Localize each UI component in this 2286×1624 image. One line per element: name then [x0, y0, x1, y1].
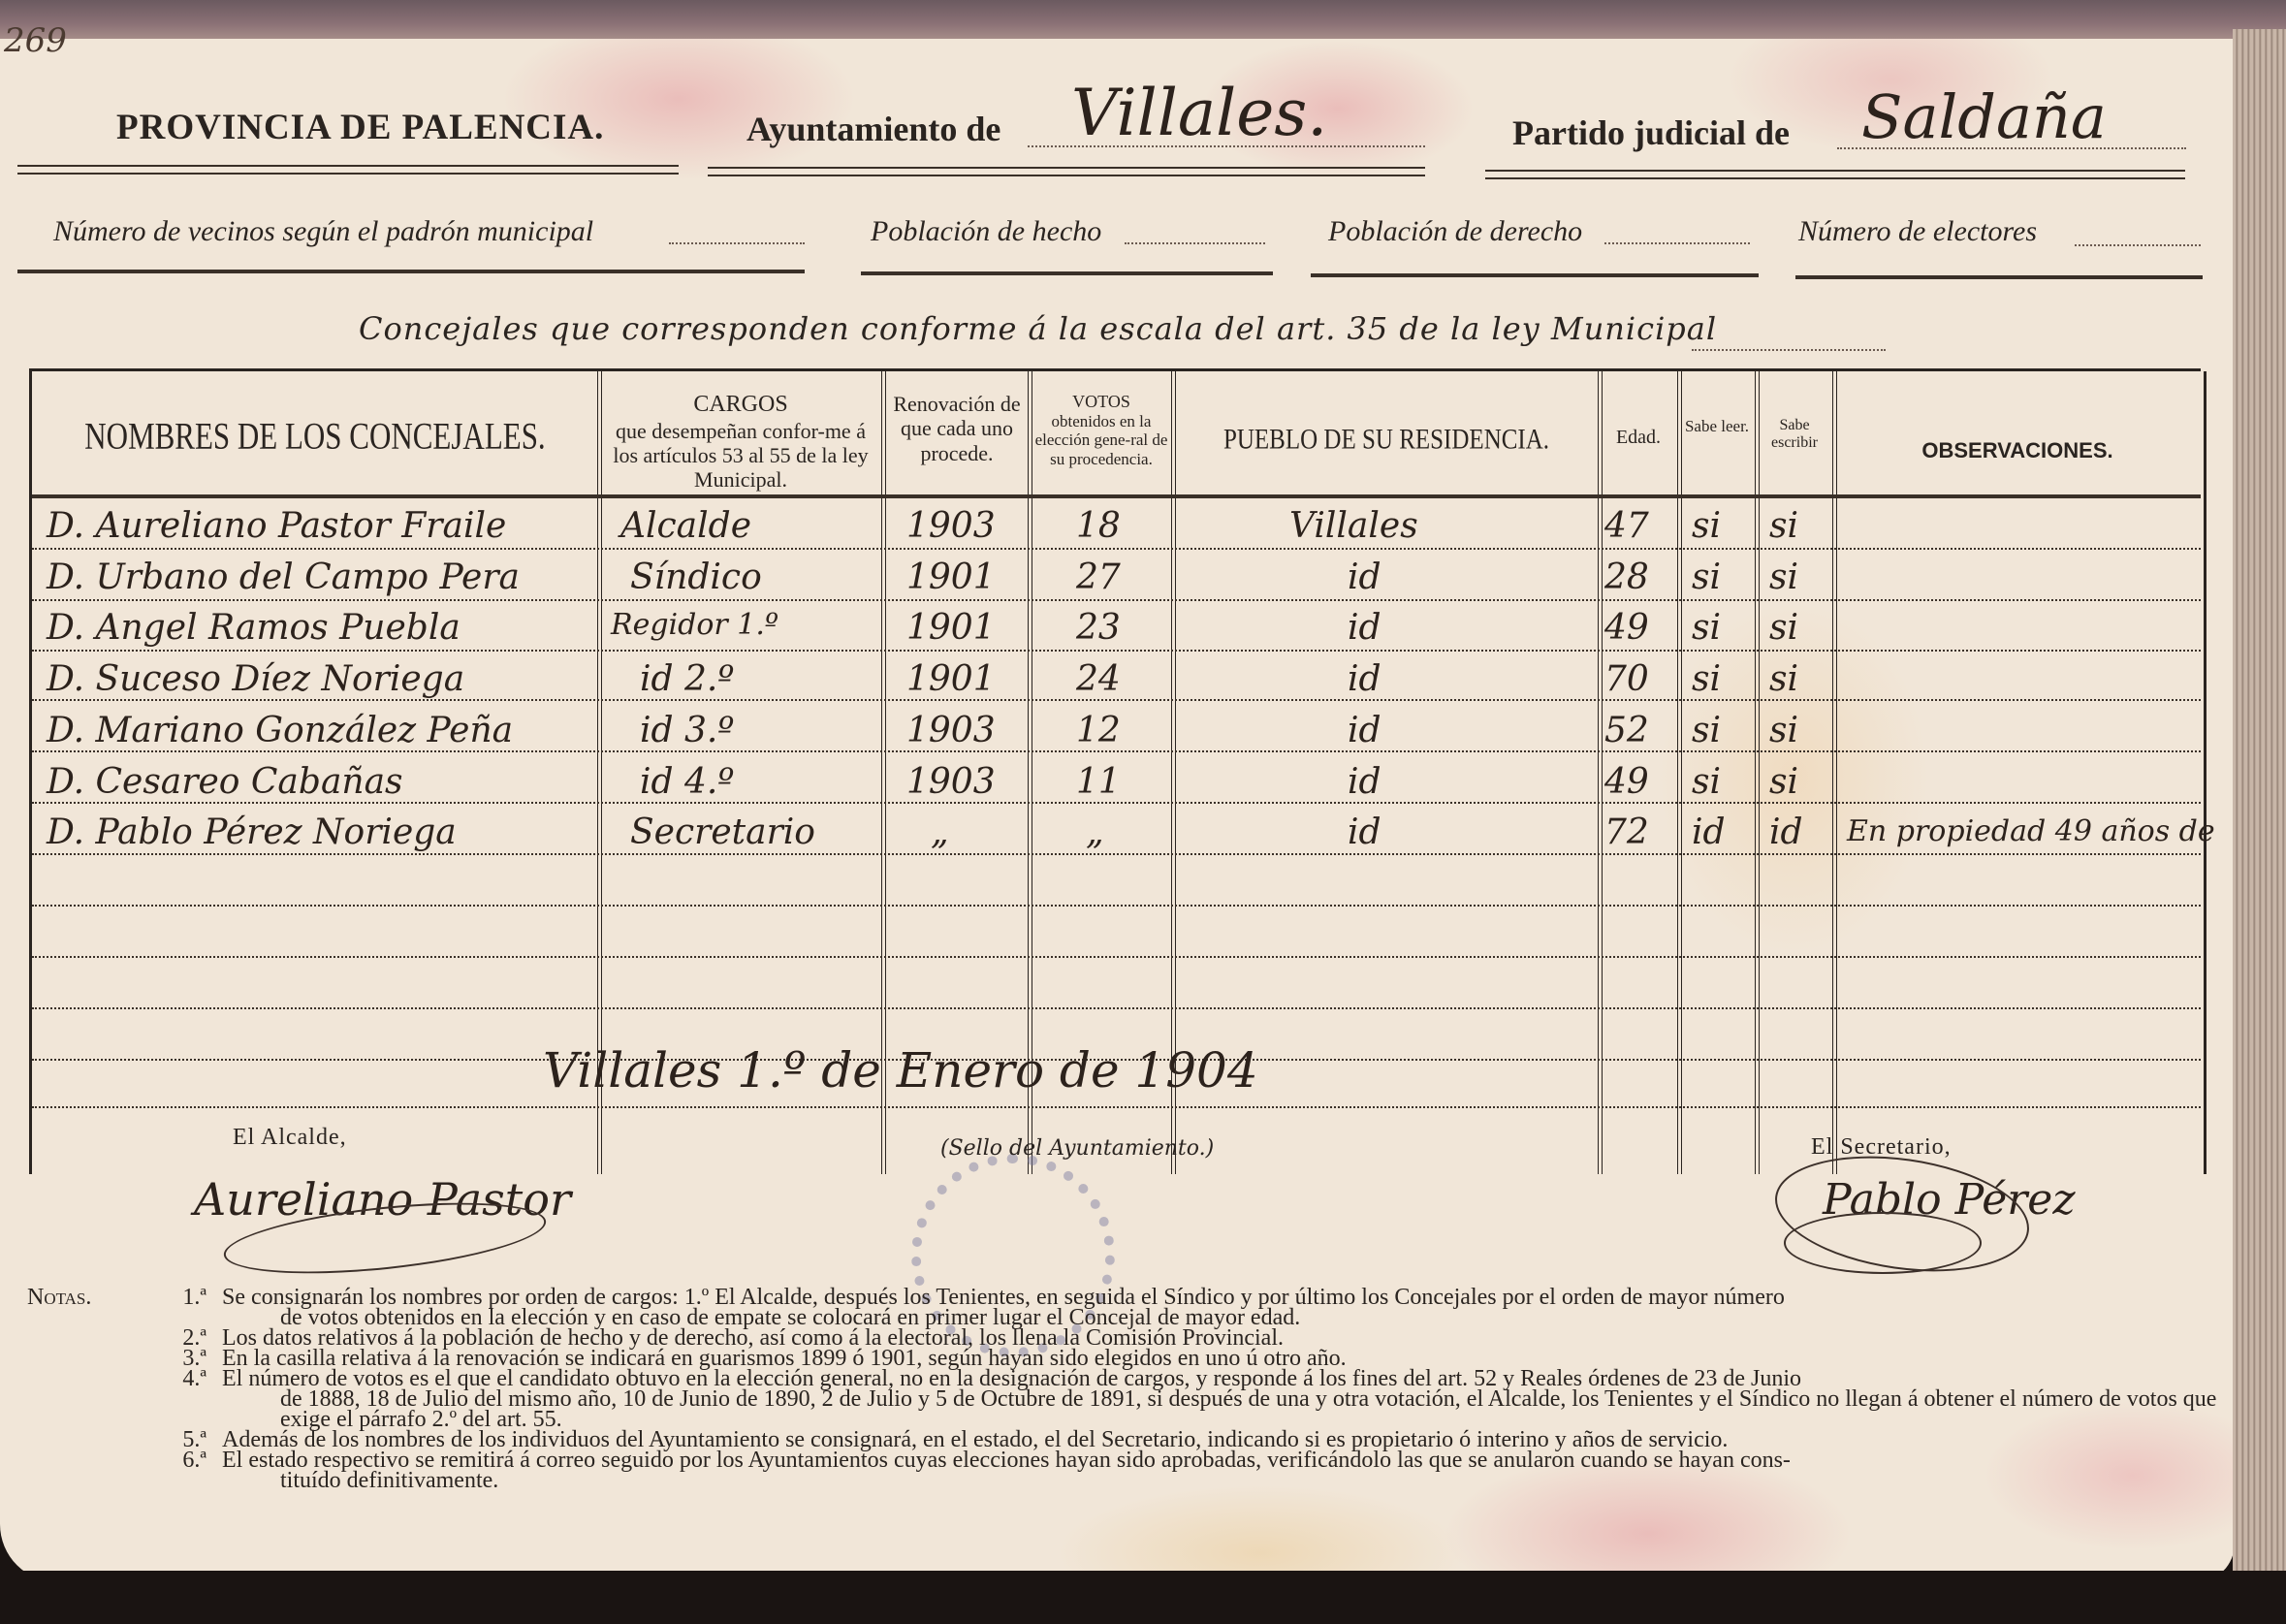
fields-rule-1: [17, 270, 805, 273]
cell-votos: „: [1086, 812, 1104, 852]
cell-cargo: id 4.º: [640, 762, 734, 802]
secretario-flourish: [1784, 1212, 1982, 1274]
header-rule-right: [1485, 170, 2185, 179]
cell-leer: si: [1692, 506, 1721, 546]
scan-background: [0, 1571, 2286, 1624]
ayuntamiento-label: Ayuntamiento de: [746, 109, 1000, 149]
cell-escribir: id: [1769, 812, 1803, 852]
note-number: 3.ª: [139, 1349, 222, 1369]
note-continuation: de 1888, 18 de Julio del mismo año, 10 d…: [222, 1389, 2218, 1430]
header-pueblo: PUEBLO DE SU RESIDENCIA.: [1177, 424, 1596, 458]
cell-edad: 52: [1604, 711, 1649, 750]
fields-rule-4: [1795, 275, 2203, 279]
cell-edad: 28: [1604, 557, 1649, 597]
cell-edad: 72: [1604, 812, 1649, 852]
header-edad: Edad.: [1602, 427, 1675, 449]
cell-nombre: D. Angel Ramos Puebla: [47, 608, 460, 648]
cell-cargo: id 2.º: [640, 659, 734, 699]
partido-label: Partido judicial de: [1512, 112, 1790, 153]
header-cargos-title: CARGOS: [601, 392, 880, 419]
cell-renovacion: 1901: [906, 659, 996, 699]
cell-renovacion: 1903: [906, 711, 996, 750]
cell-escribir: si: [1769, 557, 1798, 597]
notes-section: Notas. 1.ª Se consignarán los nombres po…: [27, 1288, 2218, 1491]
row-rule: [32, 956, 2201, 958]
cell-escribir: si: [1769, 659, 1798, 699]
cell-pueblo: id: [1348, 659, 1381, 699]
derecho-field[interactable]: [1604, 242, 1750, 244]
note-number: 6.ª: [139, 1450, 222, 1491]
electores-label: Número de electores: [1798, 215, 2037, 248]
row-rule: [32, 1106, 2201, 1108]
cell-votos: 23: [1076, 608, 1121, 648]
cell-escribir: si: [1769, 711, 1798, 750]
row-rule: [32, 905, 2201, 907]
cell-pueblo: id: [1348, 812, 1381, 852]
header-votos-sub: obtenidos en la elección gene-ral de su …: [1033, 412, 1169, 469]
header-sabe-leer: Sabe leer.: [1681, 417, 1753, 436]
cell-leer: si: [1692, 711, 1721, 750]
cell-edad: 70: [1604, 659, 1649, 699]
note-number: 4.ª: [139, 1369, 222, 1430]
alcalde-label: El Alcalde,: [233, 1125, 347, 1151]
row-rule: [32, 599, 2201, 601]
ayuntamiento-value: Villales.: [1071, 76, 1327, 150]
note-4: 4.ª El número de votos es el que el cand…: [27, 1369, 2218, 1430]
cell-cargo: id 3.º: [640, 711, 734, 750]
page-edges: [2233, 29, 2286, 1600]
header-renovacion: Renovación de que cada uno procede.: [887, 392, 1027, 465]
col-divider: [1677, 371, 1682, 1174]
note-continuation: tituído definitivamente.: [222, 1471, 2218, 1491]
cell-votos: 24: [1076, 659, 1121, 699]
cell-cargo: Secretario: [630, 812, 815, 852]
cell-leer: si: [1692, 659, 1721, 699]
place-date: Villales 1.º de Enero de 1904: [543, 1042, 1258, 1099]
cell-renovacion: 1903: [906, 506, 996, 546]
hecho-field[interactable]: [1125, 242, 1265, 244]
book-binding: [0, 0, 2286, 39]
folio-number: 269: [4, 21, 67, 60]
header-separator: [32, 494, 2201, 498]
cell-observaciones: En propiedad 49 años de: [1847, 814, 2215, 848]
col-divider: [1755, 371, 1760, 1174]
cell-leer: si: [1692, 762, 1721, 802]
cell-renovacion: 1903: [906, 762, 996, 802]
cell-renovacion: 1901: [906, 608, 996, 648]
cell-escribir: si: [1769, 506, 1798, 546]
cell-pueblo: Villales: [1289, 506, 1418, 546]
cell-leer: si: [1692, 557, 1721, 597]
electores-field[interactable]: [2075, 244, 2201, 246]
col-divider: [1598, 371, 1603, 1174]
row-rule: [32, 548, 2201, 550]
cell-nombre: D. Urbano del Campo Pera: [47, 557, 520, 597]
row-rule: [32, 802, 2201, 804]
row-rule: [32, 699, 2201, 701]
cell-votos: 27: [1076, 557, 1121, 597]
cell-edad: 47: [1604, 506, 1649, 546]
cell-cargo: Síndico: [630, 557, 762, 597]
hecho-label: Población de hecho: [871, 215, 1101, 248]
cell-leer: id: [1692, 812, 1726, 852]
header-rule-mid: [708, 167, 1425, 176]
cell-edad: 49: [1604, 608, 1649, 648]
cell-nombre: D. Pablo Pérez Noriega: [47, 812, 457, 852]
col-divider: [1832, 371, 1837, 1174]
cell-escribir: si: [1769, 608, 1798, 648]
header-votos-title: VOTOS: [1033, 392, 1169, 412]
cell-renovacion: „: [931, 812, 949, 852]
row-rule: [32, 750, 2201, 752]
concejales-escala-line: Concejales que corresponden conforme á l…: [359, 310, 1717, 347]
fields-rule-2: [861, 271, 1273, 275]
cell-pueblo: id: [1348, 557, 1381, 597]
cell-votos: 11: [1076, 762, 1121, 802]
note-number: 2.ª: [139, 1328, 222, 1349]
concejales-field[interactable]: [1692, 349, 1886, 351]
notes-heading: Notas.: [27, 1288, 139, 1328]
header-rule-left: [17, 165, 679, 175]
cell-votos: 18: [1076, 506, 1121, 546]
note-6: 6.ª El estado respectivo se remitirá á c…: [27, 1450, 2218, 1491]
vecinos-field[interactable]: [669, 242, 805, 244]
partido-value: Saldaña: [1861, 81, 2107, 152]
header-cargos: CARGOS que desempeñan confor-me á los ar…: [601, 392, 880, 492]
cell-nombre: D. Suceso Díez Noriega: [47, 659, 464, 699]
row-rule: [32, 650, 2201, 652]
note-1: Notas. 1.ª Se consignarán los nombres po…: [27, 1288, 2218, 1328]
cell-edad: 49: [1604, 762, 1649, 802]
cell-renovacion: 1901: [906, 557, 996, 597]
cell-nombre: D. Mariano González Peña: [47, 711, 513, 750]
derecho-label: Población de derecho: [1328, 215, 1582, 248]
cell-pueblo: id: [1348, 762, 1381, 802]
row-rule: [32, 853, 2201, 855]
cell-cargo: Regidor 1.º: [611, 608, 778, 642]
cell-leer: si: [1692, 608, 1721, 648]
cell-escribir: si: [1769, 762, 1798, 802]
cell-pueblo: id: [1348, 711, 1381, 750]
header-cargos-sub: que desempeñan confor-me á los artículos…: [601, 419, 880, 493]
sello-label: (Sello del Ayuntamiento.): [940, 1136, 1214, 1161]
row-rule: [32, 1007, 2201, 1009]
vecinos-label: Número de vecinos según el padrón munici…: [53, 215, 593, 248]
header-votos: VOTOS obtenidos en la elección gene-ral …: [1033, 392, 1169, 468]
note-number: 1.ª: [139, 1288, 222, 1328]
header-observaciones: OBSERVACIONES.: [1838, 438, 2197, 462]
cell-cargo: Alcalde: [620, 506, 751, 546]
cell-votos: 12: [1076, 711, 1121, 750]
note-number: 5.ª: [139, 1430, 222, 1450]
cell-nombre: D. Aureliano Pastor Fraile: [47, 506, 506, 546]
provincia-title: PROVINCIA DE PALENCIA.: [116, 107, 604, 148]
fields-rule-3: [1311, 273, 1759, 277]
cell-pueblo: id: [1348, 608, 1381, 648]
header-sabe-escribir: Sabe escribir: [1759, 417, 1830, 453]
header-nombres: NOMBRES DE LOS CONCEJALES.: [39, 415, 591, 459]
cell-nombre: D. Cesareo Cabañas: [47, 762, 403, 802]
